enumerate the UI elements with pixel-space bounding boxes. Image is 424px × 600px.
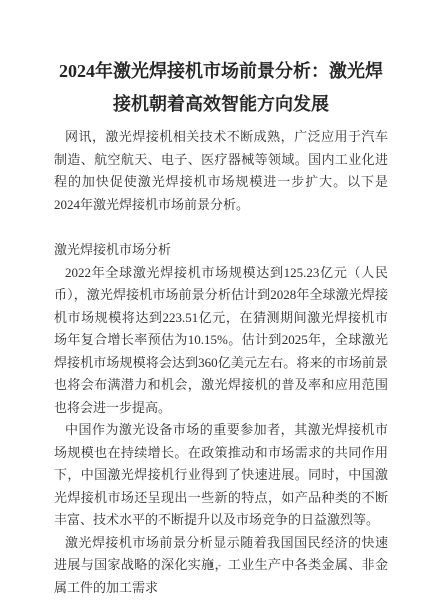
body-paragraph-1: 2022年全球激光焊接机市场规模达到125.23亿元（人民币），激光焊接机市场前…: [54, 262, 388, 420]
page-title: 2024年激光焊接机市场前景分析：激光焊 接机朝着高效智能方向发展: [54, 55, 388, 121]
body-paragraph-2: 中国作为激光设备市场的重要参加者，其激光焊接机市场规模也在持续增长。在政策推动和…: [54, 419, 388, 532]
section-heading: 激光焊接机市场分析: [54, 239, 388, 262]
page-title-line-2: 接机朝着高效智能方向发展: [54, 88, 388, 121]
intro-paragraph: 网讯，激光焊接机相关技术不断成熟，广泛应用于汽车制造、航空航天、电子、医疗器械等…: [54, 126, 388, 216]
document-page: 2024年激光焊接机市场前景分析：激光焊 接机朝着高效智能方向发展 网讯，激光焊…: [0, 0, 424, 600]
page-number: - 1 -: [0, 560, 424, 570]
page-title-line-1: 2024年激光焊接机市场前景分析：激光焊: [54, 55, 388, 88]
